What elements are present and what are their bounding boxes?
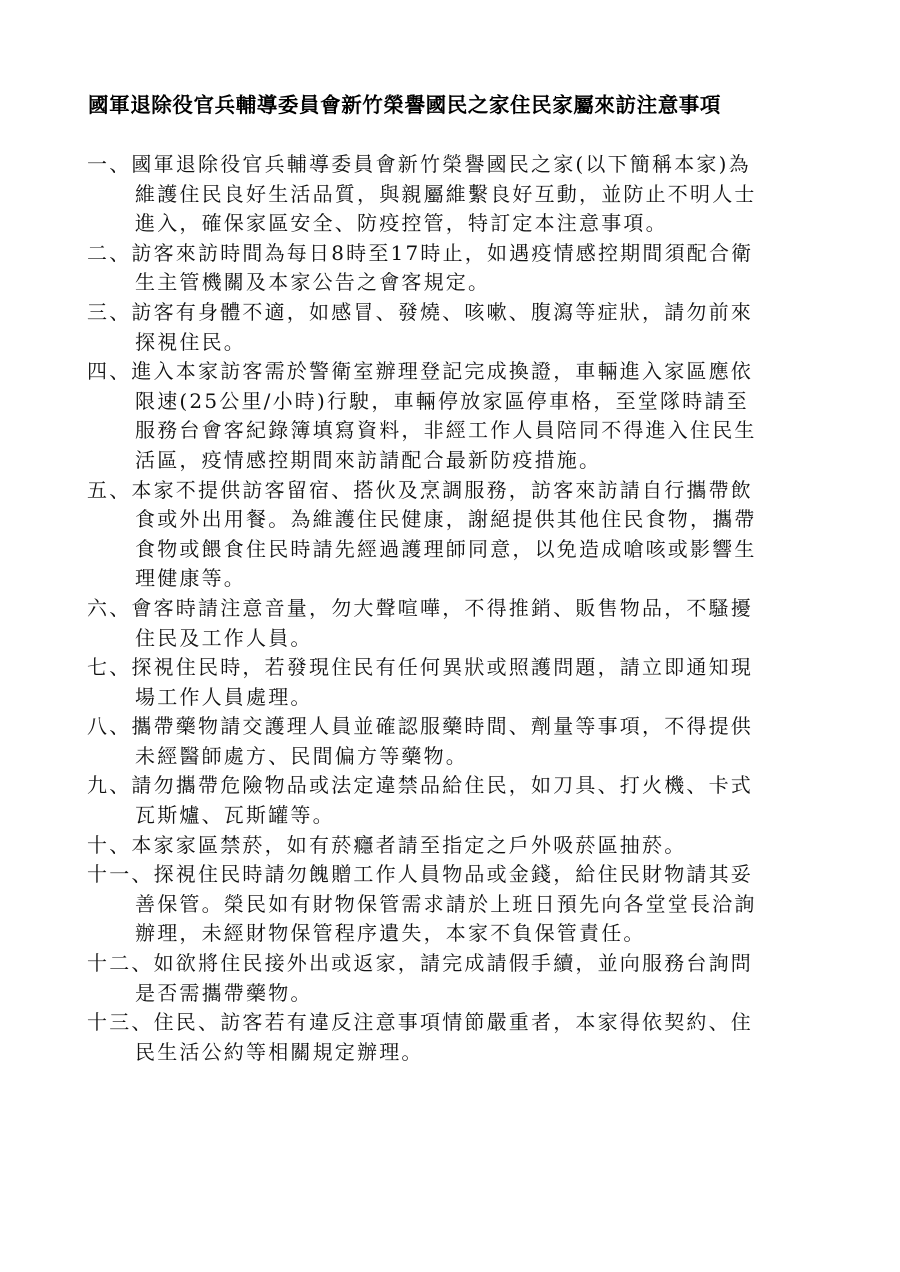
- notice-item-first-line: 十二、如欲將住民接外出或返家，請完成請假手續，並向服務台詢問: [87, 949, 822, 979]
- notice-item-continuation-line: 理健康等。: [135, 564, 822, 594]
- notice-item-first-line: 十、本家家區禁菸，如有菸癮者請至指定之戶外吸菸區抽菸。: [87, 831, 822, 861]
- notice-item-continuation-line: 進入，確保家區安全、防疫控管，特訂定本注意事項。: [135, 209, 822, 239]
- notice-item-first-line: 十三、住民、訪客若有違反注意事項情節嚴重者，本家得依契約、住: [87, 1008, 822, 1038]
- notice-item: 七、探視住民時，若發現住民有任何異狀或照護問題，請立即通知現場工作人員處理。: [87, 653, 822, 712]
- notice-item-number: 二、: [87, 241, 131, 265]
- notice-item-first-line: 八、攜帶藥物請交護理人員並確認服藥時間、劑量等事項，不得提供: [87, 712, 822, 742]
- notice-item-continuation-line: 瓦斯爐、瓦斯罐等。: [135, 801, 822, 831]
- notice-item-first-line: 四、進入本家訪客需於警衛室辦理登記完成換證，車輛進入家區應依: [87, 357, 822, 387]
- notice-item-number: 十三、: [87, 1010, 154, 1034]
- notice-item-body: 十三、住民、訪客若有違反注意事項情節嚴重者，本家得依契約、住民生活公約等相關規定…: [87, 1008, 822, 1067]
- notice-item-number: 三、: [87, 300, 131, 324]
- notice-item-number: 一、: [87, 152, 131, 176]
- notice-item-first-line: 二、訪客來訪時間為每日8時至17時止，如遇疫情感控期間須配合衛: [87, 239, 822, 269]
- notice-item-number: 九、: [87, 773, 131, 797]
- notice-item-body: 十二、如欲將住民接外出或返家，請完成請假手續，並向服務台詢問是否需攜帶藥物。: [87, 949, 822, 1008]
- notice-item-number: 四、: [87, 359, 131, 383]
- notice-item-continuation-line: 服務台會客紀錄簿填寫資料，非經工作人員陪同不得進入住民生: [135, 416, 822, 446]
- notice-item-continuation-line: 食物或餵食住民時請先經過護理師同意，以免造成嗆咳或影響生: [135, 535, 822, 565]
- notice-item-first-line: 三、訪客有身體不適，如感冒、發燒、咳嗽、腹瀉等症狀，請勿前來: [87, 298, 822, 328]
- notice-item-continuation-line: 活區，疫情感控期間來訪請配合最新防疫措施。: [135, 446, 822, 476]
- notice-item-body: 十一、探視住民時請勿餽贈工作人員物品或金錢，給住民財物請其妥善保管。榮民如有財物…: [87, 860, 822, 949]
- notice-item: 四、進入本家訪客需於警衛室辦理登記完成換證，車輛進入家區應依限速(25公里/小時…: [87, 357, 822, 475]
- notice-item-number: 八、: [87, 714, 131, 738]
- notice-item-continuation-line: 善保管。榮民如有財物保管需求請於上班日預先向各堂堂長洽詢: [135, 890, 822, 920]
- notice-item-text: 請勿攜帶危險物品或法定違禁品給住民，如刀具、打火機、卡式: [131, 773, 753, 797]
- notice-item-continuation-line: 食或外出用餐。為維護住民健康，謝絕提供其他住民食物，攜帶: [135, 505, 822, 535]
- notice-item-number: 十一、: [87, 862, 154, 886]
- notice-item-body: 五、本家不提供訪客留宿、搭伙及烹調服務，訪客來訪請自行攜帶飲食或外出用餐。為維護…: [87, 476, 822, 594]
- notice-item-first-line: 九、請勿攜帶危險物品或法定違禁品給住民，如刀具、打火機、卡式: [87, 771, 822, 801]
- notice-item-text: 會客時請注意音量，勿大聲喧嘩，不得推銷、販售物品，不騷擾: [131, 596, 753, 620]
- notice-item-body: 二、訪客來訪時間為每日8時至17時止，如遇疫情感控期間須配合衛生主管機關及本家公…: [87, 239, 822, 298]
- notice-item: 五、本家不提供訪客留宿、搭伙及烹調服務，訪客來訪請自行攜帶飲食或外出用餐。為維護…: [87, 476, 822, 594]
- notice-item-text: 攜帶藥物請交護理人員並確認服藥時間、劑量等事項，不得提供: [131, 714, 753, 738]
- notice-item-body: 八、攜帶藥物請交護理人員並確認服藥時間、劑量等事項，不得提供未經醫師處方、民間偏…: [87, 712, 822, 771]
- notice-item-continuation-line: 民生活公約等相關規定辦理。: [135, 1038, 822, 1068]
- notice-item-text: 訪客來訪時間為每日8時至17時止，如遇疫情感控期間須配合衛: [131, 241, 753, 265]
- notice-item-text: 國軍退除役官兵輔導委員會新竹榮譽國民之家(以下簡稱本家)為: [131, 152, 750, 176]
- notice-item-first-line: 七、探視住民時，若發現住民有任何異狀或照護問題，請立即通知現: [87, 653, 822, 683]
- notice-item-number: 五、: [87, 478, 131, 502]
- notice-item: 九、請勿攜帶危險物品或法定違禁品給住民，如刀具、打火機、卡式瓦斯爐、瓦斯罐等。: [87, 771, 822, 830]
- notice-item-continuation-line: 維護住民良好生活品質，與親屬維繫良好互動，並防止不明人士: [135, 180, 822, 210]
- notice-item-body: 十、本家家區禁菸，如有菸癮者請至指定之戶外吸菸區抽菸。: [87, 831, 822, 861]
- notice-list: 一、國軍退除役官兵輔導委員會新竹榮譽國民之家(以下簡稱本家)為維護住民良好生活品…: [87, 150, 822, 1067]
- notice-item: 十二、如欲將住民接外出或返家，請完成請假手續，並向服務台詢問是否需攜帶藥物。: [87, 949, 822, 1008]
- notice-item-continuation-line: 是否需攜帶藥物。: [135, 979, 822, 1009]
- notice-item-number: 七、: [87, 655, 131, 679]
- notice-item-number: 十二、: [87, 951, 154, 975]
- notice-item: 六、會客時請注意音量，勿大聲喧嘩，不得推銷、販售物品，不騷擾住民及工作人員。: [87, 594, 822, 653]
- notice-item-continuation-line: 限速(25公里/小時)行駛，車輛停放家區停車格，至堂隊時請至: [135, 387, 822, 417]
- notice-item: 十、本家家區禁菸，如有菸癮者請至指定之戶外吸菸區抽菸。: [87, 831, 822, 861]
- notice-item-continuation-line: 辦理，未經財物保管程序遺失，本家不負保管責任。: [135, 919, 822, 949]
- notice-item-text: 本家不提供訪客留宿、搭伙及烹調服務，訪客來訪請自行攜帶飲: [131, 478, 753, 502]
- notice-item-body: 三、訪客有身體不適，如感冒、發燒、咳嗽、腹瀉等症狀，請勿前來探視住民。: [87, 298, 822, 357]
- document-title: 國軍退除役官兵輔導委員會新竹榮譽國民之家住民家屬來訪注意事項: [88, 91, 818, 119]
- notice-item-body: 七、探視住民時，若發現住民有任何異狀或照護問題，請立即通知現場工作人員處理。: [87, 653, 822, 712]
- notice-item-first-line: 六、會客時請注意音量，勿大聲喧嘩，不得推銷、販售物品，不騷擾: [87, 594, 822, 624]
- notice-item-body: 九、請勿攜帶危險物品或法定違禁品給住民，如刀具、打火機、卡式瓦斯爐、瓦斯罐等。: [87, 771, 822, 830]
- notice-item-body: 四、進入本家訪客需於警衛室辦理登記完成換證，車輛進入家區應依限速(25公里/小時…: [87, 357, 822, 475]
- notice-item-number: 十、: [87, 833, 131, 857]
- notice-item-text: 進入本家訪客需於警衛室辦理登記完成換證，車輛進入家區應依: [131, 359, 753, 383]
- notice-item-number: 六、: [87, 596, 131, 620]
- notice-item-continuation-line: 探視住民。: [135, 328, 822, 358]
- notice-item-text: 探視住民時請勿餽贈工作人員物品或金錢，給住民財物請其妥: [154, 862, 753, 886]
- notice-item: 二、訪客來訪時間為每日8時至17時止，如遇疫情感控期間須配合衛生主管機關及本家公…: [87, 239, 822, 298]
- notice-item-continuation-line: 場工作人員處理。: [135, 683, 822, 713]
- document-page: 國軍退除役官兵輔導委員會新竹榮譽國民之家住民家屬來訪注意事項 一、國軍退除役官兵…: [0, 0, 900, 1272]
- notice-item: 十一、探視住民時請勿餽贈工作人員物品或金錢，給住民財物請其妥善保管。榮民如有財物…: [87, 860, 822, 949]
- notice-item: 三、訪客有身體不適，如感冒、發燒、咳嗽、腹瀉等症狀，請勿前來探視住民。: [87, 298, 822, 357]
- notice-item-text: 探視住民時，若發現住民有任何異狀或照護問題，請立即通知現: [131, 655, 753, 679]
- notice-item-text: 如欲將住民接外出或返家，請完成請假手續，並向服務台詢問: [154, 951, 753, 975]
- notice-item-continuation-line: 住民及工作人員。: [135, 624, 822, 654]
- notice-item-first-line: 十一、探視住民時請勿餽贈工作人員物品或金錢，給住民財物請其妥: [87, 860, 822, 890]
- notice-item: 八、攜帶藥物請交護理人員並確認服藥時間、劑量等事項，不得提供未經醫師處方、民間偏…: [87, 712, 822, 771]
- notice-item-text: 住民、訪客若有違反注意事項情節嚴重者，本家得依契約、住: [154, 1010, 753, 1034]
- notice-item-text: 本家家區禁菸，如有菸癮者請至指定之戶外吸菸區抽菸。: [131, 833, 686, 857]
- notice-item-text: 訪客有身體不適，如感冒、發燒、咳嗽、腹瀉等症狀，請勿前來: [131, 300, 753, 324]
- notice-item-continuation-line: 未經醫師處方、民間偏方等藥物。: [135, 742, 822, 772]
- notice-item-body: 六、會客時請注意音量，勿大聲喧嘩，不得推銷、販售物品，不騷擾住民及工作人員。: [87, 594, 822, 653]
- notice-item-continuation-line: 生主管機關及本家公告之會客規定。: [135, 268, 822, 298]
- notice-item-first-line: 一、國軍退除役官兵輔導委員會新竹榮譽國民之家(以下簡稱本家)為: [87, 150, 822, 180]
- notice-item: 一、國軍退除役官兵輔導委員會新竹榮譽國民之家(以下簡稱本家)為維護住民良好生活品…: [87, 150, 822, 239]
- notice-item-body: 一、國軍退除役官兵輔導委員會新竹榮譽國民之家(以下簡稱本家)為維護住民良好生活品…: [87, 150, 822, 239]
- notice-item-first-line: 五、本家不提供訪客留宿、搭伙及烹調服務，訪客來訪請自行攜帶飲: [87, 476, 822, 506]
- notice-item: 十三、住民、訪客若有違反注意事項情節嚴重者，本家得依契約、住民生活公約等相關規定…: [87, 1008, 822, 1067]
